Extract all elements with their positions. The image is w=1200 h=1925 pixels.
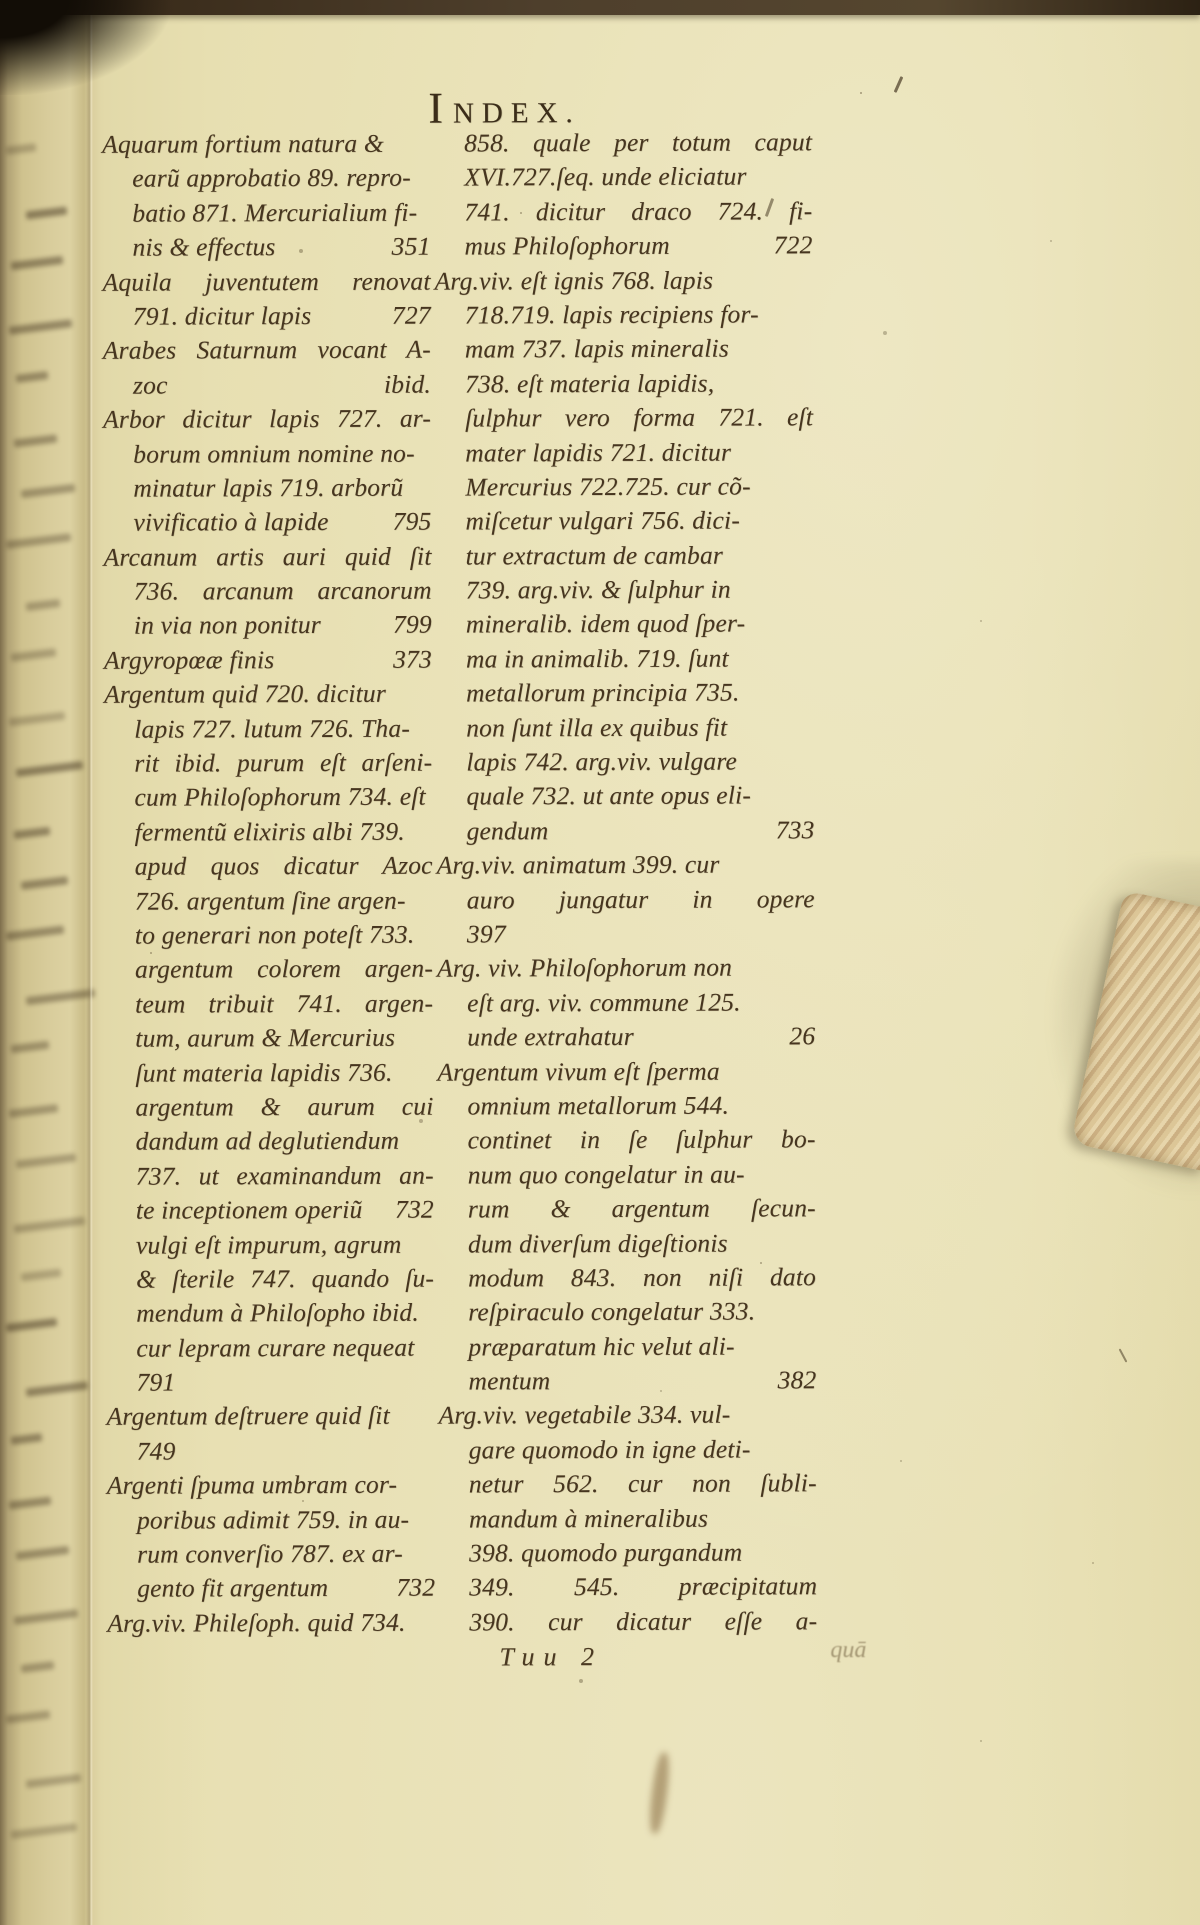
index-line: teum tribuit 741. argen- [105, 986, 433, 1022]
ghost-text-line [16, 1546, 70, 1560]
index-line-text: Arg. viv. Philoſophorum non [437, 953, 732, 983]
index-line-text: teum tribuit 741. argen- [135, 988, 433, 1018]
index-line-text: Arcanum artis auri quid ſit [104, 541, 432, 571]
index-column-left: Aquarum fortium natura &earũ approbatio … [102, 127, 435, 1641]
index-line: 398. quomodo purgandum [439, 1535, 817, 1571]
index-line: 749 [107, 1433, 435, 1469]
index-line: Argyropœæ finis373 [104, 642, 432, 678]
index-page-number: ibid. [384, 367, 431, 402]
index-line: borum omnium nomine no- [103, 436, 431, 472]
signature-mark: Tuu 2 [499, 1642, 603, 1672]
index-line-text: miſcetur vulgari 756. dici- [465, 506, 740, 536]
index-line-text: te inceptionem operiũ [136, 1193, 363, 1228]
index-line: 737. ut examinandum an- [106, 1158, 434, 1194]
index-line: Arg.viv. Phileſoph. quid 734. [107, 1605, 435, 1641]
index-line: Aquarum fortium natura & [102, 127, 430, 163]
index-line-text: to generari non poteſt 733. [135, 920, 415, 950]
index-line: metallorum principia 735. [436, 676, 814, 712]
index-line: 858. quale per totum caput [434, 125, 812, 161]
index-line: præparatum hic velut ali- [438, 1329, 816, 1365]
ghost-text-line [9, 319, 73, 335]
index-line-text: lapis 742. arg.viv. vulgare [466, 747, 737, 777]
book-edge-top [0, 0, 1200, 15]
index-line: 397 [437, 916, 815, 952]
ghost-text-line [14, 1609, 78, 1625]
index-line-text: poribus adimit 759. in au- [137, 1504, 409, 1534]
index-line: ſunt materia lapidis 736. [105, 1055, 433, 1091]
ghost-text-line [21, 1269, 62, 1282]
index-line-text: 858. quale per totum caput [464, 127, 812, 157]
index-line-text: argentum & aurum cui [135, 1092, 433, 1122]
index-line: unde extrahatur26 [437, 1019, 815, 1055]
index-line-text: Argentum deſtruere quid ſit [107, 1401, 390, 1431]
index-line: mam 737. lapis mineralis [435, 332, 813, 368]
index-line-text: num quo congelatur in au- [468, 1159, 745, 1189]
index-line-text: gento fit argentum [137, 1571, 328, 1606]
index-line: argentum & aurum cui [105, 1090, 433, 1126]
ghost-text-line [6, 1710, 51, 1723]
ghost-text-line [11, 1041, 50, 1054]
index-line-text: omnium metallorum 544. [467, 1090, 729, 1120]
index-line: fermentũ elixiris albi 739. [104, 814, 432, 850]
index-line: poribus adimit 759. in au- [107, 1502, 435, 1538]
index-line-text: minatur lapis 719. arborũ [133, 473, 403, 503]
index-page-number: 733 [776, 813, 815, 848]
index-line-text: Aquila juventutem renovat [103, 266, 431, 296]
index-line: rit ibid. purum eſt arſeni- [104, 746, 432, 782]
index-page-number: 732 [396, 1571, 435, 1606]
ghost-text-line [14, 1217, 85, 1234]
index-line-text: Argyropœæ finis [104, 643, 275, 678]
ghost-text-line [16, 371, 49, 383]
ghost-text-line [14, 827, 51, 839]
index-page-number: 795 [393, 505, 432, 540]
index-line: cur lepram curare nequeat [106, 1330, 434, 1366]
index-line: apud quos dicatur Azoc [105, 849, 433, 885]
index-line: cum Philoſophorum 734. eſt [104, 780, 432, 816]
index-line: Argenti ſpuma umbram cor- [107, 1468, 435, 1504]
index-line-text: apud quos dicatur Azoc [135, 851, 433, 881]
index-line-text: 738. eſt materia lapidis, [465, 368, 714, 398]
index-line-text: mendum à Philoſopho ibid. [136, 1298, 419, 1328]
index-line-text: metallorum principia 735. [466, 678, 740, 708]
index-line-text: borum omnium nomine no- [133, 438, 415, 468]
index-page-number: 351 [392, 230, 431, 265]
index-line: 738. eſt materia lapidis, [435, 366, 813, 402]
index-line: Arabes Saturnum vocant A- [103, 333, 431, 369]
index-line: & ſterile 747. quando ſu- [106, 1261, 434, 1297]
index-line: Aquila juventutem renovat [103, 264, 431, 300]
index-column-right: 858. quale per totum caputXVI.727.ſeq. u… [434, 125, 817, 1639]
index-line-text: 397 [467, 919, 506, 948]
ghost-text-line [11, 1823, 77, 1839]
index-line-text: 736. arcanum arcanorum [134, 576, 432, 606]
index-line: mus Philoſophorum722 [434, 228, 812, 264]
book-corner-shadow [0, 0, 170, 95]
index-line-text: tur extractum de cambar [466, 540, 724, 570]
index-line-text: 737. ut examinandum an- [136, 1160, 434, 1190]
index-line: lapis 727. lutum 726. Tha- [104, 711, 432, 747]
index-line: earũ approbatio 89. repro- [102, 161, 430, 197]
ghost-text-line [21, 876, 69, 890]
index-line-text: 791 [136, 1368, 175, 1397]
ghost-text-line [26, 989, 95, 1005]
index-line-text: vulgi eſt impurum, agrum [136, 1229, 402, 1259]
index-line-text: mam 737. lapis mineralis [465, 334, 729, 364]
ghost-text-line [6, 143, 37, 155]
index-line: Arg. viv. Philoſophorum non [437, 951, 815, 987]
index-line-text: earũ approbatio 89. repro- [132, 163, 411, 193]
ghost-text-line [26, 1774, 82, 1789]
index-line-text: in via non ponitur [134, 608, 321, 643]
ghost-text-line [9, 1496, 52, 1509]
index-line-text: tum, aurum & Mercurius [135, 1023, 395, 1053]
index-line-text: Arbor dicitur lapis 727. ar- [103, 404, 431, 434]
index-line: Argentum quid 720. dicitur [104, 677, 432, 713]
ghost-text-line [6, 533, 71, 549]
ghost-text-line [6, 1318, 58, 1332]
index-line: lapis 742. arg.viv. vulgare [436, 744, 814, 780]
ghost-text-line [16, 761, 83, 777]
index-line: gare quomodo in igne deti- [439, 1432, 817, 1468]
index-line: Arg.viv. vegetabile 334. vul- [439, 1398, 817, 1434]
index-line: in via non ponitur799 [104, 608, 432, 644]
index-line: Argentum vivum eſt ſperma [437, 1054, 815, 1090]
index-page-number: 799 [393, 608, 432, 643]
index-line-text: lapis 727. lutum 726. Tha- [134, 713, 410, 743]
index-line: Arbor dicitur lapis 727. ar- [103, 402, 431, 438]
index-line-text: 749 [137, 1436, 176, 1465]
index-line-text: præparatum hic velut ali- [468, 1331, 734, 1361]
index-line: mater lapidis 721. dicitur [435, 435, 813, 471]
index-line-text: dandum ad deglutiendum [136, 1126, 400, 1156]
index-line-text: mater lapidis 721. dicitur [465, 437, 731, 467]
ghost-text-line [16, 1153, 77, 1168]
index-line-text: gare quomodo in igne deti- [469, 1434, 751, 1464]
index-line: XVI.727.ſeq. unde eliciatur [434, 160, 812, 196]
index-line-text: Arg.viv. eſt ignis 768. lapis [435, 265, 714, 295]
index-line-text: mineralib. idem quod ſper- [466, 609, 746, 639]
index-line: to generari non poteſt 733. [105, 918, 433, 954]
index-line: 791. dicitur lapis727 [103, 299, 431, 335]
index-line: argentum colorem argen- [105, 952, 433, 988]
index-line: dum diverſum digeſtionis [438, 1226, 816, 1262]
paper-specks [0, 0, 2, 2]
index-line: num quo congelatur in au- [438, 1157, 816, 1193]
book-photo: INDEX. Aquarum fortium natura &earũ appr… [0, 0, 1200, 1925]
ghost-text-line [9, 1104, 59, 1118]
index-line-text: Aquarum fortium natura & [102, 129, 384, 159]
index-line: ſulphur vero forma 721. eſt [435, 400, 813, 436]
index-line-text: nis & effectus [132, 230, 275, 265]
index-line: tum, aurum & Mercurius [105, 1021, 433, 1057]
index-line: te inceptionem operiũ732 [106, 1193, 434, 1229]
book-gutter [0, 0, 100, 1925]
index-line: 726. argentum ſine argen- [105, 883, 433, 919]
ghost-text-line [26, 207, 68, 220]
index-line-text: & ſterile 747. quando ſu- [136, 1263, 434, 1293]
index-line-text: Argentum quid 720. dicitur [104, 679, 386, 709]
index-line: mendum à Philoſopho ibid. [106, 1296, 434, 1332]
index-line: auro jungatur in opere [437, 882, 815, 918]
index-line-text: batio 871. Mercurialium fi- [132, 197, 417, 227]
index-line-text: Argenti ſpuma umbram cor- [107, 1470, 398, 1500]
index-line-text: unde extrahatur [467, 1020, 634, 1055]
index-line-text: cum Philoſophorum 734. eſt [134, 782, 425, 812]
index-line: dandum ad deglutiendum [106, 1124, 434, 1160]
index-line-text: continet in ſe ſulphur bo- [468, 1125, 816, 1155]
index-line: nis & effectus351 [102, 230, 430, 266]
index-line-text: dum diverſum digeſtionis [468, 1228, 728, 1258]
index-page-number: 382 [778, 1363, 817, 1398]
ghost-text-line [11, 1433, 43, 1445]
index-line-text: rum converſio 787. ex ar- [137, 1539, 403, 1569]
index-line-text: netur 562. cur non ſubli- [469, 1468, 817, 1498]
book-page: INDEX. Aquarum fortium natura &earũ appr… [0, 0, 1200, 1925]
index-line-text: Mercurius 722.725. cur cõ- [465, 471, 751, 501]
index-line-text: Arabes Saturnum vocant A- [103, 335, 431, 365]
ghost-text-line [6, 925, 65, 940]
index-line: Arcanum artis auri quid ſit [104, 539, 432, 575]
index-line: Mercurius 722.725. cur cõ- [435, 469, 813, 505]
ghost-text-line [21, 484, 76, 499]
index-line-text: ſunt materia lapidis 736. [135, 1057, 392, 1087]
index-line: miſcetur vulgari 756. dici- [435, 504, 813, 540]
index-line: tur extractum de cambar [436, 538, 814, 574]
index-line: gendum733 [436, 813, 814, 849]
index-line: 791 [106, 1365, 434, 1401]
index-line-text: 739. arg.viv. & ſulphur in [466, 575, 731, 605]
index-line: Arg.viv. eſt ignis 768. lapis [435, 263, 813, 299]
index-line: 741. dicitur draco 724. fi- [434, 194, 812, 230]
index-line: non ſunt illa ex quibus fit [436, 710, 814, 746]
page-crease [86, 0, 93, 1925]
index-page-number: 373 [393, 642, 432, 677]
index-line: rum & argentum ſecun- [438, 1191, 816, 1227]
index-line-text: 398. quomodo purgandum [469, 1538, 742, 1568]
index-line-text: zoc [133, 368, 168, 403]
index-line: modum 843. non niſi dato [438, 1260, 816, 1296]
index-line-text: argentum colorem argen- [135, 954, 433, 984]
index-line-text: Argentum vivum eſt ſperma [437, 1056, 719, 1086]
index-line-text: 718.719. lapis recipiens for- [465, 299, 759, 329]
ghost-text-line [26, 1381, 89, 1396]
index-line: reſpiraculo congelatur 333. [438, 1295, 816, 1331]
index-line: 718.719. lapis recipiens for- [435, 297, 813, 333]
index-line-text: vivificatio à lapide [133, 505, 328, 540]
ghost-text-line [11, 648, 57, 661]
index-line-text: 349. 545. præcipitatum [469, 1572, 817, 1602]
index-line-text: mentum [468, 1364, 550, 1399]
index-line-text: Arg.viv. vegetabile 334. vul- [439, 1400, 731, 1430]
index-line-text: ma in animalib. 719. ſunt [466, 643, 729, 673]
index-line-text: 390. cur dicatur eſſe a- [469, 1606, 817, 1636]
index-line-text: non ſunt illa ex quibus fit [466, 712, 727, 742]
index-line: mandum à mineralibus [439, 1501, 817, 1537]
index-line-text: reſpiraculo congelatur 333. [468, 1297, 755, 1327]
index-line-text: Arg.viv. Phileſoph. quid 734. [107, 1607, 405, 1637]
index-line-text: Arg.viv. animatum 399. cur [437, 850, 720, 880]
index-line: vulgi eſt impurum, agrum [106, 1227, 434, 1263]
index-line: mentum382 [438, 1363, 816, 1399]
index-line-text: eſt arg. viv. commune 125. [467, 987, 741, 1017]
index-line-text: auro jungatur in opere [467, 884, 815, 914]
catchword: quā [830, 1637, 866, 1664]
index-line: netur 562. cur non ſubli- [439, 1466, 817, 1502]
index-line-text: mandum à mineralibus [469, 1503, 708, 1533]
index-line-text: fermentũ elixiris albi 739. [134, 816, 404, 846]
index-line: Arg.viv. animatum 399. cur [437, 847, 815, 883]
index-line-text: XVI.727.ſeq. unde eliciatur [464, 162, 746, 192]
index-line: Argentum deſtruere quid ſit [107, 1399, 435, 1435]
index-line: gento fit argentum732 [107, 1571, 435, 1607]
index-line: vivificatio à lapide795 [103, 505, 431, 541]
ghost-text-line [26, 599, 61, 611]
index-line-text: 741. dicitur draco 724. fi- [464, 196, 812, 226]
index-page-number: 727 [392, 299, 431, 334]
index-line: omnium metallorum 544. [437, 1088, 815, 1124]
ghost-text-line [9, 712, 66, 727]
index-line-text: ſulphur vero forma 721. eſt [465, 402, 813, 432]
index-line: quale 732. ut ante opus eli- [436, 779, 814, 815]
index-line: ma in animalib. 719. ſunt [436, 641, 814, 677]
index-line-text: cur lepram curare nequeat [136, 1332, 414, 1362]
ghost-text-line [14, 434, 58, 447]
index-line-text: 726. argentum ſine argen- [135, 885, 406, 915]
index-line: rum converſio 787. ex ar- [107, 1537, 435, 1573]
index-line-text: rum & argentum ſecun- [468, 1193, 816, 1223]
ghost-text-line [11, 256, 64, 270]
index-line: batio 871. Mercurialium fi- [102, 195, 430, 231]
index-line: mineralib. idem quod ſper- [436, 607, 814, 643]
index-line: 739. arg.viv. & ſulphur in [436, 572, 814, 608]
ghost-text-line [21, 1661, 55, 1673]
index-page-number: 26 [789, 1019, 815, 1053]
index-line: minatur lapis 719. arborũ [103, 470, 431, 506]
index-page-number: 732 [395, 1193, 434, 1228]
index-line-text: quale 732. ut ante opus eli- [466, 781, 751, 811]
index-line: continet in ſe ſulphur bo- [438, 1123, 816, 1159]
index-line-text: rit ibid. purum eſt arſeni- [134, 748, 432, 778]
index-line-text: modum 843. non niſi dato [468, 1262, 816, 1292]
index-line: 349. 545. præcipitatum [439, 1570, 817, 1606]
index-line-text: 791. dicitur lapis [133, 299, 312, 334]
index-line: eſt arg. viv. commune 125. [437, 985, 815, 1021]
index-line: zocibid. [103, 367, 431, 403]
index-line: 390. cur dicatur eſſe a- [439, 1604, 817, 1640]
index-line-text: gendum [466, 814, 548, 849]
index-page-number: 722 [774, 228, 813, 263]
index-line: 736. arcanum arcanorum [104, 574, 432, 610]
index-line-text: mus Philoſophorum [464, 229, 669, 264]
